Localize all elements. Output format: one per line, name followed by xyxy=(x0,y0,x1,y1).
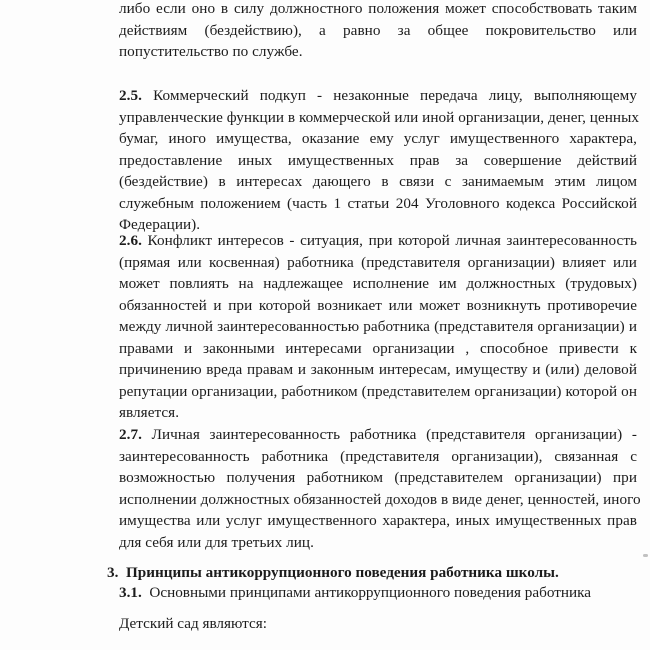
section-2-7-line-3: возможностью получения работником (предс… xyxy=(119,467,637,489)
section-2-6-line-9: является. xyxy=(119,402,637,424)
section-2-7-line-1: 2.7. Личная заинтересованность работника… xyxy=(119,424,637,446)
section-2-5-line-5: (бездействие) в интересах дающего в связ… xyxy=(119,171,637,193)
section-text: Основными принципами антикоррупционного … xyxy=(149,584,591,601)
section-3-1-line: 3.1. Основными принципами антикоррупцион… xyxy=(119,582,591,604)
section-number: 2.5. xyxy=(119,87,142,104)
section-2-6-line-4: обязанностей и при которой возникает или… xyxy=(119,295,637,317)
section-2-6-line-6: правами и законными интересами организац… xyxy=(119,338,637,360)
section-2-5-line-3: бумаг, иного имущества, оказание ему усл… xyxy=(119,128,637,150)
section-number: 2.6. xyxy=(119,232,142,249)
section-number: 3.1. xyxy=(119,584,142,601)
section-2-6-line-8: репутации организации, работником (предс… xyxy=(119,381,637,403)
intro-line-1: либо если оно в силу должностного положе… xyxy=(119,0,637,20)
section-2-5-line-6: служебным положением (часть 1 статьи 204… xyxy=(119,193,637,215)
section-2-7-line-4: исполнении должностных обязанностей дохо… xyxy=(119,489,637,511)
section-2-7-line-6: для себя или для третьих лиц. xyxy=(119,532,637,554)
section-2-7-line-5: имущества или услуг имущественного харак… xyxy=(119,510,637,532)
section-2-6-line-1: 2.6. Конфликт интересов - ситуация, при … xyxy=(119,230,637,252)
section-2-5-line-2: управленческие функции в коммерческой ил… xyxy=(119,107,637,129)
section-2-5-line-1: 2.5. Коммерческий подкуп - незаконные пе… xyxy=(119,85,637,107)
section-2-6-line-3: может повлиять на надлежащее исполнение … xyxy=(119,273,637,295)
section-2-7-line-2: заинтересованность работника (представит… xyxy=(119,446,637,468)
section-number: 2.7. xyxy=(119,426,142,443)
section-2-6-line-7: причинению вреда правам и законным интер… xyxy=(119,359,637,381)
section-2-5-line-4: предоставление иных имущественных прав з… xyxy=(119,150,637,172)
final-line: Детский сад являются: xyxy=(119,613,267,635)
intro-line-3: попустительство по службе. xyxy=(119,41,637,63)
heading-number: 3. xyxy=(107,564,118,581)
section-text: Конфликт интересов - ситуация, при котор… xyxy=(148,232,637,249)
section-3-heading: 3. Принципы антикоррупционного поведения… xyxy=(107,562,559,584)
intro-line-2: действиям (бездействию), а равно за обще… xyxy=(119,20,637,42)
scan-speck xyxy=(643,554,648,557)
section-2-6-line-2: (прямая или косвенная) работника (предст… xyxy=(119,252,637,274)
section-text: Личная заинтересованность работника (пре… xyxy=(152,426,637,443)
section-2-6-line-5: между личной заинтересованностью работни… xyxy=(119,316,637,338)
section-text: Коммерческий подкуп - незаконные передач… xyxy=(153,87,637,104)
heading-title: Принципы антикоррупционного поведения ра… xyxy=(126,564,559,581)
document-page: либо если оно в силу должностного положе… xyxy=(0,0,650,650)
